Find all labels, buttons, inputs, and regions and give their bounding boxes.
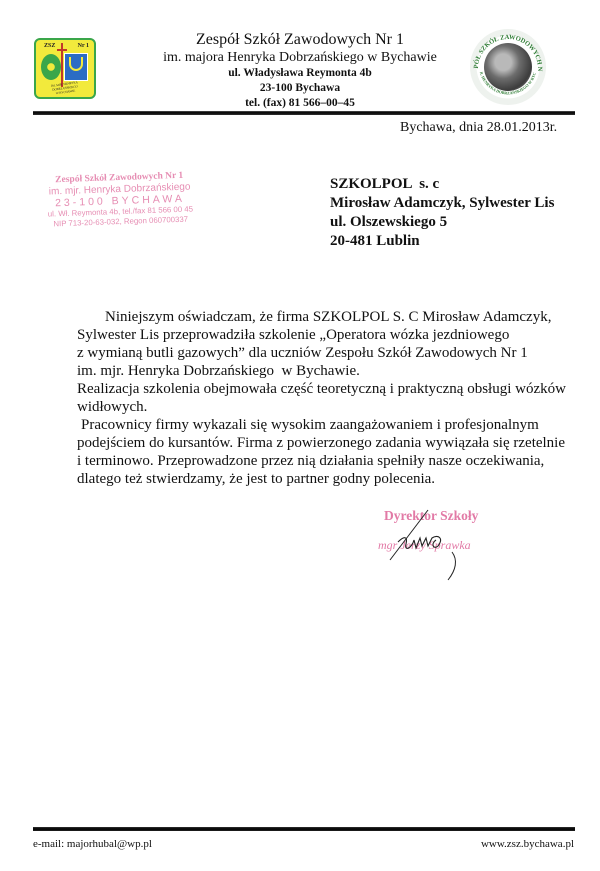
footer-divider: [33, 827, 575, 831]
recipient-owners: Mirosław Adamczyk, Sylwester Lis: [330, 194, 554, 213]
body-line: z wymianą butli gazowych” dla uczniów Ze…: [77, 344, 577, 362]
body-line: Sylwester Lis przeprowadziła szkolenie „…: [77, 326, 577, 344]
school-stamp: Zespół Szkół Zawodowych Nr 1 im. mjr. He…: [44, 170, 196, 229]
gear-icon: [41, 54, 61, 80]
school-city: 23-100 Bychawa: [150, 81, 450, 96]
body-line: dlatego też stwierdzamy, że jest to part…: [77, 470, 577, 488]
body-line: Pracownicy firmy wykazali się wysokim za…: [77, 416, 577, 434]
body-line: Niniejszym oświadczam, że firma SZKOLPOL…: [77, 308, 577, 326]
crest-banner: IM. MJR. HENRYKA DOBRZAŃSKIEGO W BYCHAWI…: [39, 79, 90, 98]
body-line: im. mjr. Henryka Dobrzańskiego w Bychawi…: [77, 362, 577, 380]
school-crest-logo: ZSZ Nr 1 IM. MJR. HENRYKA DOBRZAŃSKIEGO …: [34, 38, 96, 99]
signature-block: Dyrektor Szkoły mgr Jerzy Sprawka: [378, 508, 498, 553]
crest-text-nr: Nr 1: [78, 43, 89, 49]
footer-website[interactable]: www.zsz.bychawa.pl: [481, 838, 574, 850]
emblem-ring-text: ZESPÓŁ SZKÓŁ ZAWODOWYCH NR 1 IM. MJR. HE…: [470, 29, 546, 105]
body-line: Realizacja szkolenia obejmowała część te…: [77, 380, 577, 398]
footer-email[interactable]: e-mail: majorhubal@wp.pl: [33, 838, 152, 850]
svg-text:ZESPÓŁ SZKÓŁ ZAWODOWYCH NR 1: ZESPÓŁ SZKÓŁ ZAWODOWYCH NR 1: [470, 29, 543, 72]
handwritten-signature-icon: [378, 508, 508, 588]
recipient-city: 20-481 Lublin: [330, 232, 554, 251]
school-name: Zespół Szkół Zawodowych Nr 1: [150, 30, 450, 49]
letterhead: Zespół Szkół Zawodowych Nr 1 im. majora …: [150, 30, 450, 111]
body-line: widłowych.: [77, 398, 577, 416]
letter-body: Niniejszym oświadczam, że firma SZKOLPOL…: [77, 308, 577, 488]
school-street: ul. Władysława Reymonta 4b: [150, 66, 450, 81]
horseshoe-icon: [69, 57, 83, 71]
recipient-address: SZKOLPOL s. c Mirosław Adamczyk, Sylwest…: [330, 175, 554, 251]
school-phone: tel. (fax) 81 566–00–45: [150, 96, 450, 111]
patron-emblem: ZESPÓŁ SZKÓŁ ZAWODOWYCH NR 1 IM. MJR. HE…: [470, 29, 546, 105]
letter-date: Bychawa, dnia 28.01.2013r.: [400, 120, 557, 136]
sword-guard-icon: [57, 49, 67, 51]
recipient-street: ul. Olszewskiego 5: [330, 213, 554, 232]
header-divider: [33, 111, 575, 115]
crest-text-zsz: ZSZ: [44, 43, 55, 49]
body-line: i terminowo. Przeprowadzone przez nią dz…: [77, 452, 577, 470]
body-line: podejściem do kursantów. Firma z powierz…: [77, 434, 577, 452]
recipient-company: SZKOLPOL s. c: [330, 175, 554, 194]
school-patron: im. majora Henryka Dobrzańskiego w Bycha…: [150, 49, 450, 66]
